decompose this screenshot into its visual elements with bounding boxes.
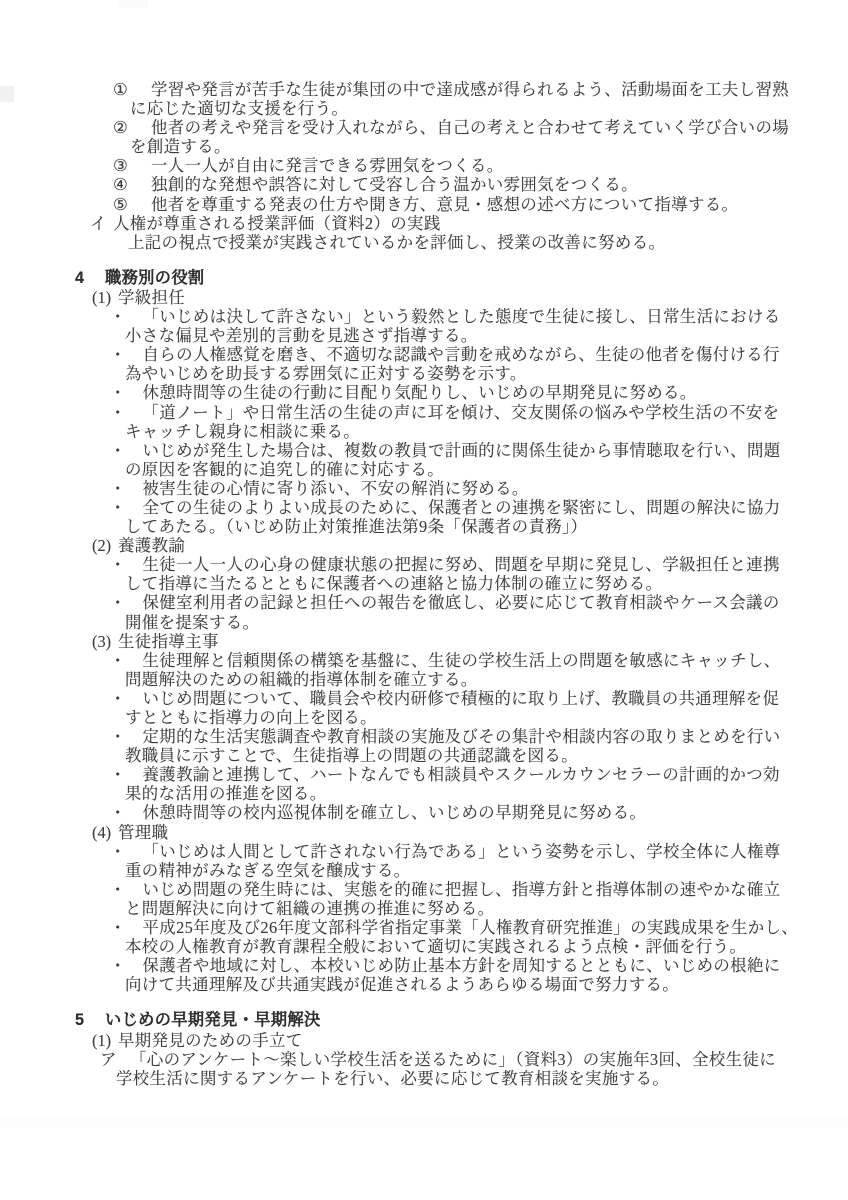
text-line: 教職員に示すことで、生徒指導上の問題の共通認識を図る。 [125,746,578,765]
item-marker: ・ [110,765,143,784]
circled-number-item: ③一人一人が自由に発言できる雰囲気をつくる。 [0,156,848,175]
subsection-heading: (4)管理職 [0,823,848,842]
item-marker: ・ [110,498,143,517]
text-line: して指導に当たるとともに保護者への連絡と協力体制の確立に努める。 [125,574,662,593]
item-marker: (4) [92,823,118,842]
section-heading: 5いじめの早期発見・早期解決 [0,1011,848,1030]
bullet-item: ・いじめ問題について、職員会や校内研修で積極的に取り上げ、教職員の共通理解を促す… [0,689,848,727]
item-marker: 4 [75,269,105,288]
bullet-item: ・全ての生徒のよりよい成長のために、保護者との連携を緊密にし、問題の解決に協力し… [0,498,848,536]
item-marker: ⑤ [113,195,151,214]
text-line: 一人一人が自由に発言できる雰囲気をつくる。 [151,156,504,175]
text-line: してあたる。（いじめ防止対策推進法第9条「保護者の責務」） [125,517,587,536]
bullet-item: ・被害生徒の心情に寄り添い、不安の解消に努める。 [0,479,848,498]
text-line: いじめ問題の発生時には、実態を的確に把握し、指導方針と指導体制の速やかな確立 [143,880,781,899]
bullet-item: ・いじめが発生した場合は、複数の教員で計画的に関係生徒から事情聴取を行い、問題の… [0,441,848,479]
text-line: 「いじめは人間として許されない行為である」という姿勢を示し、学校全体に人権尊 [143,842,781,861]
bullet-item: ・保護者や地域に対し、本校いじめ防止基本方針を周知するとともに、いじめの根絶に向… [0,956,848,994]
text-line: 被害生徒の心情に寄り添い、不安の解消に努める。 [143,479,529,498]
text-line: 開催を提案する。 [125,613,259,632]
text-line: 保健室利用者の記録と担任への報告を徹底し、必要に応じて教育相談やケース会議の [143,593,780,612]
bullet-item: ・「いじめは人間として許されない行為である」という姿勢を示し、学校全体に人権尊重… [0,842,848,880]
text-line: 平成25年度及び26年度文部科学省指定事業「人権教育研究推進」の実践成果を生かし… [143,918,799,937]
text-line: 人権が尊重される授業評価（資料2）の実践 [113,214,441,233]
item-marker: ・ [110,956,143,975]
text-line: 重の精神がみなぎる空気を醸成する。 [125,861,410,880]
heading-text: 職務別の役割 [105,269,205,287]
subsection-heading: (3)生徒指導主事 [0,632,848,651]
document-content: ①学習や発言が苦手な生徒が集団の中で達成感が得られるよう、活動場面を工夫し習熟に… [0,0,848,1088]
text-line: を創造する。 [130,137,231,156]
item-marker: (1) [92,1031,118,1050]
item-marker: ・ [110,345,143,364]
bullet-item: ・養護教諭と連携して、ハートなんでも相談員やスクールカウンセラーの計画的かつ効果… [0,765,848,803]
text-line: 学習や発言が苦手な生徒が集団の中で達成感が得られるよう、活動場面を工夫し習熟 [151,80,789,99]
item-marker: ・ [110,403,143,422]
text-line: 果的な活用の推進を図る。 [125,784,327,803]
bullet-item: ・生徒一人一人の心身の健康状態の把握に努め、問題を早期に発見し、学級担任と連携し… [0,555,848,593]
heading-text: 生徒指導主事 [118,632,219,651]
bullet-item: ・休憩時間等の生徒の行動に目配り気配りし、いじめの早期発見に努める。 [0,383,848,402]
item-marker: ① [113,80,151,99]
text-line: 「いじめは決して許さない」という毅然とした態度で生徒に接し、日常生活における [143,307,781,326]
document-page: ①学習や発言が苦手な生徒が集団の中で達成感が得られるよう、活動場面を工夫し習熟に… [0,0,848,1200]
text-line: 本校の人権教育が教育課程全般において適切に実践されるよう点検・評価を行う。 [125,937,746,956]
katakana-a-item: ア「心のアンケート～楽しい学校生活を送るために」（資料3）の実施年3回、全校生徒… [0,1050,848,1088]
item-marker: ③ [113,156,151,175]
item-marker: ・ [110,593,143,612]
text-line: 問題解決のための組織的指導体制を確立する。 [125,670,478,689]
note-line: 上記の視点で授業が実践されているかを評価し、授業の改善に努める。 [0,233,848,252]
text-line: の原因を客観的に追究し的確に対応する。 [125,460,444,479]
circled-number-item: ①学習や発言が苦手な生徒が集団の中で達成感が得られるよう、活動場面を工夫し習熟に… [0,80,848,118]
bullet-item: ・定期的な生活実態調査や教育相談の実施及びその集計や相談内容の取りまとめを行い教… [0,727,848,765]
item-marker: ・ [110,651,143,670]
bullet-item: ・「道ノート」や日常生活の生徒の声に耳を傾け、交友関係の悩みや学校生活の不安をキ… [0,403,848,441]
text-line: 向けて共通理解及び共通実践が促進されるようあらゆる場面で努力する。 [125,975,679,994]
item-marker: ・ [110,555,143,574]
text-line: 休憩時間等の校内巡視体制を確立し、いじめの早期発見に努める。 [143,803,647,822]
bullet-item: ・いじめ問題の発生時には、実態を的確に把握し、指導方針と指導体制の速やかな確立と… [0,880,848,918]
text-line: と問題解決に向けて組織の連携の推進に努める。 [125,899,494,918]
heading-text: 学級担任 [118,288,185,307]
item-marker: ・ [110,689,143,708]
text-line: 独創的な発想や誤答に対して受容し合う温かい雰囲気をつくる。 [151,175,638,194]
text-line: 自らの人権感覚を磨き、不適切な認識や言動を戒めながら、生徒の他者を傷付ける行 [143,345,780,364]
heading-text: 早期発見のための手立て [118,1031,303,1050]
text-line: 他者の考えや発言を受け入れながら、自己の考えと合わせて考えていく学び合いの場 [151,118,789,137]
circled-number-item: ②他者の考えや発言を受け入れながら、自己の考えと合わせて考えていく学び合いの場を… [0,118,848,156]
text-line: 小さな偏見や差別的言動を見逃さず指導する。 [125,326,478,345]
item-marker: (2) [92,536,118,555]
text-line: キャッチし親身に相談に乗る。 [125,422,360,441]
text-line: いじめ問題について、職員会や校内研修で積極的に取り上げ、教職員の共通理解を促 [143,689,780,708]
item-marker: ・ [110,803,143,822]
text-line: 保護者や地域に対し、本校いじめ防止基本方針を周知するとともに、いじめの根絶に [143,956,781,975]
item-marker: ・ [110,842,143,861]
section-heading: 4職務別の役割 [0,269,848,288]
bullet-item: ・「いじめは決して許さない」という毅然とした態度で生徒に接し、日常生活における小… [0,307,848,345]
bullet-item: ・休憩時間等の校内巡視体制を確立し、いじめの早期発見に努める。 [0,803,848,822]
item-marker: ア [100,1050,130,1069]
item-marker: ④ [113,175,151,194]
text-line: 「心のアンケート～楽しい学校生活を送るために」（資料3）の実施年3回、全校生徒に [130,1050,776,1069]
item-marker: イ [90,214,113,233]
item-marker: (3) [92,632,118,651]
text-line: 全ての生徒のよりよい成長のために、保護者との連携を緊密にし、問題の解決に協力 [143,498,781,517]
text-line: 「道ノート」や日常生活の生徒の声に耳を傾け、交友関係の悩みや学校生活の不安を [143,403,780,422]
text-line: 定期的な生活実態調査や教育相談の実施及びその集計や相談内容の取りまとめを行い [143,727,781,746]
item-marker: 5 [75,1011,105,1030]
text-line: 生徒理解と信頼関係の構築を基盤に、生徒の学校生活上の問題を敏感にキャッチし、 [143,651,781,670]
item-marker: ・ [110,918,143,937]
text-line: 休憩時間等の生徒の行動に目配り気配りし、いじめの早期発見に努める。 [143,383,697,402]
bullet-item: ・保健室利用者の記録と担任への報告を徹底し、必要に応じて教育相談やケース会議の開… [0,593,848,631]
text-line: 為やいじめを助長する雰囲気に正対する姿勢を示す。 [125,364,527,383]
item-marker: ・ [110,307,143,326]
item-marker: ・ [110,727,143,746]
text-line: いじめが発生した場合は、複数の教員で計画的に関係生徒から事情聴取を行い、問題 [143,441,781,460]
katakana-i-item: イ人権が尊重される授業評価（資料2）の実践 [0,214,848,233]
circled-number-item: ④独創的な発想や誤答に対して受容し合う温かい雰囲気をつくる。 [0,175,848,194]
item-marker: ・ [110,880,143,899]
text-line: に応じた適切な支援を行う。 [130,99,348,118]
text-line: 他者を尊重する発表の仕方や聞き方、意見・感想の述べ方について指導する。 [151,195,738,214]
bullet-item: ・生徒理解と信頼関係の構築を基盤に、生徒の学校生活上の問題を敏感にキャッチし、問… [0,651,848,689]
scan-artifact [0,1118,848,1128]
subsection-heading: (2)養護教諭 [0,536,848,555]
subsection-heading: (1)学級担任 [0,288,848,307]
bullet-item: ・平成25年度及び26年度文部科学省指定事業「人権教育研究推進」の実践成果を生か… [0,918,848,956]
heading-text: 管理職 [118,823,168,842]
item-marker: ② [113,118,151,137]
circled-number-item: ⑤他者を尊重する発表の仕方や聞き方、意見・感想の述べ方について指導する。 [0,195,848,214]
item-marker: ・ [110,479,143,498]
heading-text: いじめの早期発見・早期解決 [105,1011,321,1029]
text-line: 養護教諭と連携して、ハートなんでも相談員やスクールカウンセラーの計画的かつ効 [143,765,780,784]
subsection-heading: (1)早期発見のための手立て [0,1031,848,1050]
item-marker: ・ [110,441,143,460]
bullet-item: ・自らの人権感覚を磨き、不適切な認識や言動を戒めながら、生徒の他者を傷付ける行為… [0,345,848,383]
item-marker: ・ [110,383,143,402]
text-line: 生徒一人一人の心身の健康状態の把握に努め、問題を早期に発見し、学級担任と連携 [143,555,780,574]
text-line: すとともに指導力の向上を図る。 [125,708,377,727]
heading-text: 養護教諭 [118,536,185,555]
item-marker: (1) [92,288,118,307]
text-line: 学校生活に関するアンケートを行い、必要に応じて教育相談を実施する。 [116,1069,669,1088]
text-line: 上記の視点で授業が実践されているかを評価し、授業の改善に努める。 [128,233,665,252]
